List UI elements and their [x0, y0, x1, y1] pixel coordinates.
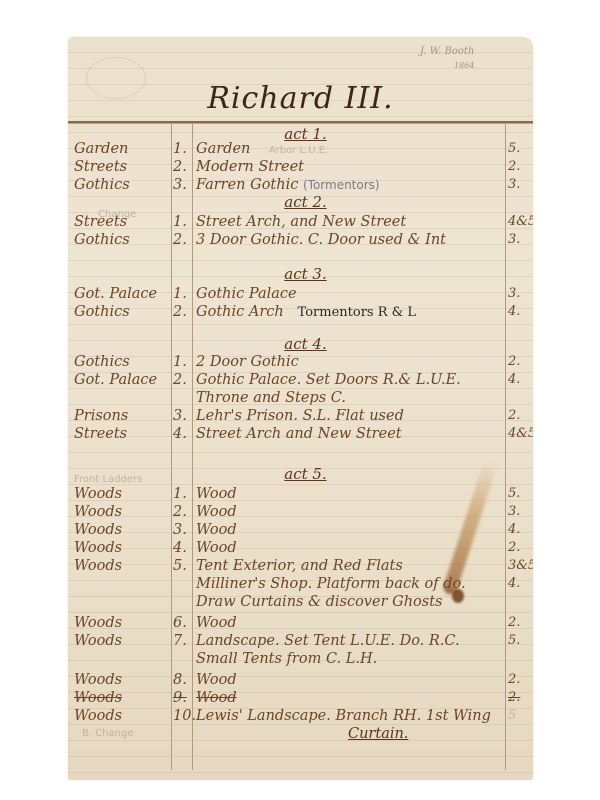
scene-description: Street Arch and New Street	[196, 424, 504, 444]
scene-number: 6.	[173, 613, 191, 633]
manuscript-page: J. W. Booth 1864 Richard III. act 1. Gar…	[68, 37, 533, 780]
set-type: Gothics	[74, 352, 170, 372]
scene-row: Streets 1. Street Arch, and New Street 4…	[68, 212, 533, 232]
margin-note: B. Change	[82, 724, 178, 744]
scene-row: Streets 4. Street Arch and New Street 4&…	[68, 424, 533, 444]
scene-quantity: 2.	[508, 688, 532, 708]
scene-row: Woods 6. Wood 2.	[68, 613, 533, 633]
scene-description: Wood	[196, 670, 504, 690]
scene-quantity: 4.	[508, 520, 532, 540]
scene-description: Gothic Palace	[196, 284, 504, 304]
scene-description: Milliner's Shop. Platform back of do.	[196, 574, 504, 594]
scene-number: 4.	[173, 424, 191, 444]
scene-quantity: 4.	[508, 302, 532, 322]
scene-quantity: 2.	[508, 613, 532, 633]
scene-number: 2.	[173, 230, 191, 250]
act-heading: act 3.	[68, 264, 533, 284]
scene-row: Small Tents from C. L.H.	[68, 649, 533, 669]
set-type: Garden	[74, 139, 170, 159]
set-type: Woods	[74, 706, 170, 726]
set-type: Gothics	[74, 230, 170, 250]
scene-number: 9.	[173, 688, 191, 708]
scene-row: Woods 1. Wood 5.	[68, 484, 533, 504]
scene-description: Lehr's Prison. S.L. Flat used	[196, 406, 504, 426]
scene-row: Streets 2. Modern Street 2.	[68, 157, 533, 177]
scene-number: 3.	[173, 520, 191, 540]
scene-row: Woods 7. Landscape. Set Tent L.U.E. Do. …	[68, 631, 533, 651]
scene-quantity: 4.	[508, 370, 532, 390]
scene-row: Milliner's Shop. Platform back of do. 4.	[68, 574, 533, 594]
scene-row: Draw Curtains & discover Ghosts	[68, 592, 533, 612]
scene-quantity: 2.	[508, 538, 532, 558]
scene-row: Woods 2. Wood 3.	[68, 502, 533, 522]
scene-quantity: 3&5.	[508, 556, 532, 576]
scene-description: Tent Exterior, and Red Flats	[196, 556, 504, 576]
scene-number: 1.	[173, 484, 191, 504]
scene-description: Small Tents from C. L.H.	[196, 649, 504, 669]
scene-row: Woods 3. Wood 4.	[68, 520, 533, 540]
scene-quantity: 4.	[508, 574, 532, 594]
scene-number: 1.	[173, 212, 191, 232]
scene-description: Modern Street	[196, 157, 504, 177]
scene-row: Gothics 1. 2 Door Gothic 2.	[68, 352, 533, 372]
scene-description: Gothic Palace. Set Doors R.& L.U.E.	[196, 370, 504, 390]
scene-quantity: 2.	[508, 352, 532, 372]
scene-number: 7.	[173, 631, 191, 651]
scene-quantity: 4&5.	[508, 212, 532, 232]
scene-description: Wood	[196, 520, 504, 540]
scene-row: Garden 1. Garden Arbor L.U.E. 5.	[68, 139, 533, 159]
scene-row: Throne and Steps C.	[68, 388, 533, 408]
scene-description: Gothic Arch Tormentors R & L	[196, 302, 504, 323]
owner-year: 1864	[420, 59, 474, 73]
scene-quantity: 5.	[508, 139, 532, 159]
scene-description: Wood	[196, 688, 504, 708]
scene-quantity: 3.	[508, 230, 532, 250]
scene-number: 1.	[173, 139, 191, 159]
scene-description: Curtain.	[348, 724, 533, 744]
set-type: Woods	[74, 502, 170, 522]
scene-row: Woods 5. Tent Exterior, and Red Flats 3&…	[68, 556, 533, 576]
scene-description: Lewis' Landscape. Branch RH. 1st Wing	[196, 706, 504, 726]
set-type: Woods	[74, 688, 170, 708]
set-type: Got. Palace	[74, 370, 170, 390]
ink-annotation: Tormentors R & L	[298, 305, 416, 320]
set-type: Woods	[74, 556, 170, 576]
scene-description: Wood	[196, 502, 504, 522]
set-type: Prisons	[74, 406, 170, 426]
pencil-annotation: Arbor L.U.E.	[269, 145, 328, 156]
owner-signature: J. W. Booth 1864	[420, 45, 474, 73]
set-type: Woods	[74, 631, 170, 651]
scene-number: 1.	[173, 284, 191, 304]
scene-number: 4.	[173, 538, 191, 558]
scene-quantity: 5	[508, 706, 532, 726]
scene-description: 2 Door Gothic	[196, 352, 504, 372]
scene-quantity: 2.	[508, 157, 532, 177]
set-type: Woods	[74, 613, 170, 633]
scene-quantity: 3.	[508, 502, 532, 522]
scene-number: 10.	[173, 706, 191, 726]
scene-number: 2.	[173, 157, 191, 177]
owner-name: J. W. Booth	[420, 46, 474, 57]
scene-quantity: 2.	[508, 406, 532, 426]
scene-description: Draw Curtains & discover Ghosts	[196, 592, 504, 612]
scene-number: 3.	[173, 406, 191, 426]
set-type: Woods	[74, 484, 170, 504]
scene-quantity: 2.	[508, 670, 532, 690]
set-type: Woods	[74, 538, 170, 558]
scene-row: Got. Palace 1. Gothic Palace 3.	[68, 284, 533, 304]
scene-row: Woods 8. Wood 2.	[68, 670, 533, 690]
scene-description: Throne and Steps C.	[196, 388, 504, 408]
scene-row: Got. Palace 2. Gothic Palace. Set Doors …	[68, 370, 533, 390]
scene-number: 2.	[173, 302, 191, 322]
page-title: Richard III.	[68, 81, 533, 116]
scene-row: Gothics 2. Gothic Arch Tormentors R & L …	[68, 302, 533, 322]
scene-number: 2.	[173, 502, 191, 522]
set-type: Woods	[74, 520, 170, 540]
scene-row: Woods 4. Wood 2.	[68, 538, 533, 558]
scene-row: Prisons 3. Lehr's Prison. S.L. Flat used…	[68, 406, 533, 426]
scene-number: 5.	[173, 556, 191, 576]
scene-quantity: 4&5.	[508, 424, 532, 444]
set-type: Woods	[74, 670, 170, 690]
set-type: Streets	[74, 212, 170, 232]
scene-number: 1.	[173, 352, 191, 372]
scene-row: Gothics 2. 3 Door Gothic. C. Door used &…	[68, 230, 533, 250]
scene-description: Street Arch, and New Street	[196, 212, 504, 232]
scene-description: 3 Door Gothic. C. Door used & Int	[196, 230, 504, 250]
set-type: Streets	[74, 424, 170, 444]
scene-description: Landscape. Set Tent L.U.E. Do. R.C.	[196, 631, 504, 651]
scene-quantity: 5.	[508, 484, 532, 504]
scene-row-struck: Woods 9. Wood 2.	[68, 688, 533, 708]
scene-number: 2.	[173, 370, 191, 390]
scene-description: Wood	[196, 613, 504, 633]
scene-number: 8.	[173, 670, 191, 690]
scene-quantity: 5.	[508, 631, 532, 651]
scene-quantity: 3.	[508, 284, 532, 304]
set-type: Got. Palace	[74, 284, 170, 304]
set-type: Gothics	[74, 302, 170, 322]
act-heading: act 4.	[68, 334, 533, 354]
pencil-annotation: (Tormentors)	[303, 178, 380, 192]
set-type: Streets	[74, 157, 170, 177]
scene-description: Wood	[196, 484, 504, 504]
scene-row: B. Change Curtain.	[68, 724, 533, 744]
scene-description: Wood	[196, 538, 504, 558]
scene-row: Woods 10. Lewis' Landscape. Branch RH. 1…	[68, 706, 533, 726]
